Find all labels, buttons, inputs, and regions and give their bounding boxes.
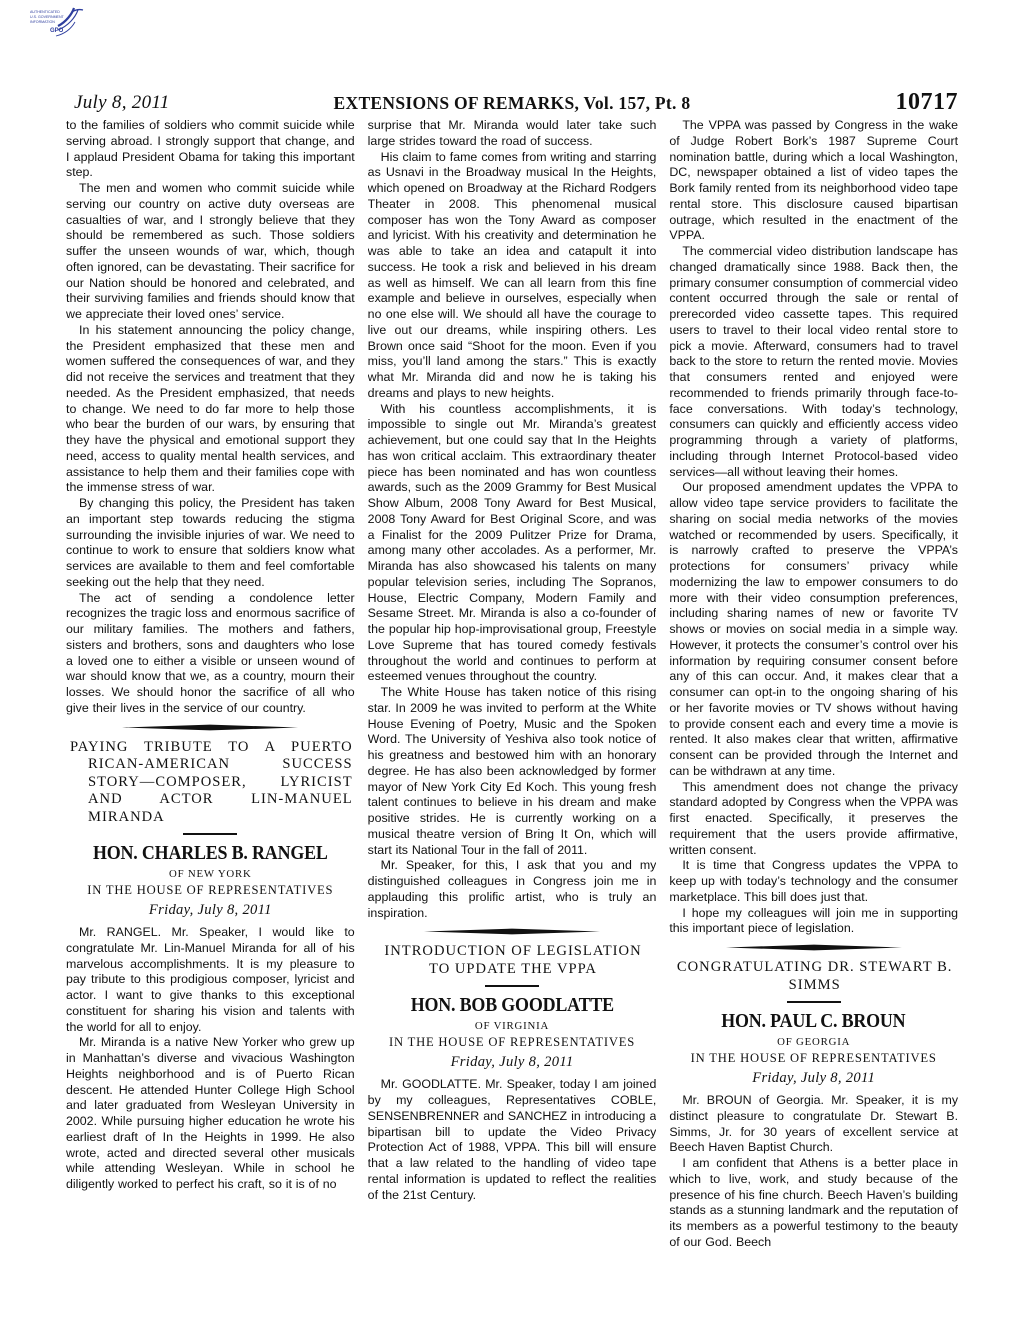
paragraph: By changing this policy, the President h…	[66, 496, 355, 591]
logo-text-information: INFORMATION	[30, 20, 55, 24]
running-head: July 8, 2011 EXTENSIONS OF REMARKS, Vol.…	[66, 86, 958, 116]
congressional-record-page: AUTHENTICATED U.S. GOVERNMENT INFORMATIO…	[0, 0, 1020, 1320]
paragraph: I hope my colleagues will join me in sup…	[669, 906, 958, 938]
paragraph: to the families of soldiers who commit s…	[66, 118, 355, 181]
section-title: PAYING TRIBUTE TO A PUERTO RICAN-AMERICA…	[70, 739, 353, 827]
speaker-name: HON. CHARLES B. RANGEL	[78, 843, 344, 865]
paragraph: Mr. Speaker, for this, I ask that you an…	[368, 858, 657, 921]
article-separator	[122, 724, 298, 731]
title-rule	[485, 985, 539, 987]
speaker-chamber: IN THE HOUSE OF REPRESENTATIVES	[66, 883, 355, 898]
paragraph: Mr. RANGEL. Mr. Speaker, I would like to…	[66, 925, 355, 1035]
column-1: to the families of soldiers who commit s…	[66, 118, 355, 1270]
paragraph: I am confident that Athens is a better p…	[669, 1156, 958, 1251]
paragraph: The White House has taken notice of this…	[368, 685, 657, 858]
speaker-state: OF NEW YORK	[66, 868, 355, 880]
article-separator	[424, 928, 600, 935]
speech-date: Friday, July 8, 2011	[66, 902, 355, 919]
paragraph: The commercial video distribution landsc…	[669, 244, 958, 480]
running-head-title: EXTENSIONS OF REMARKS, Vol. 157, Pt. 8	[66, 93, 958, 114]
title-rule	[183, 833, 237, 835]
running-head-page-number: 10717	[896, 89, 959, 116]
speaker-state: OF GEORGIA	[669, 1036, 958, 1048]
paragraph: surprise that Mr. Miranda would later ta…	[368, 118, 657, 150]
paragraph: Our proposed amendment updates the VPPA …	[669, 480, 958, 779]
paragraph: With his countless accomplishments, it i…	[368, 402, 657, 686]
paragraph: His claim to fame comes from writing and…	[368, 150, 657, 402]
speaker-state: OF VIRGINIA	[368, 1020, 657, 1032]
paragraph: It is time that Congress updates the VPP…	[669, 858, 958, 905]
paragraph: The VPPA was passed by Congress in the w…	[669, 118, 958, 244]
title-rule	[787, 1001, 841, 1003]
section-title: CONGRATULATING DR. STEWART B. SIMMS	[673, 959, 956, 994]
text-columns: to the families of soldiers who commit s…	[66, 118, 958, 1270]
speaker-chamber: IN THE HOUSE OF REPRESENTATIVES	[368, 1035, 657, 1050]
speaker-name: HON. BOB GOODLATTE	[379, 995, 645, 1017]
paragraph: This amendment does not change the priva…	[669, 780, 958, 859]
paragraph: Mr. GOODLATTE. Mr. Speaker, today I am j…	[368, 1077, 657, 1203]
speech-date: Friday, July 8, 2011	[669, 1070, 958, 1087]
article-separator	[726, 944, 902, 951]
speaker-name: HON. PAUL C. BROUN	[681, 1011, 947, 1033]
speaker-chamber: IN THE HOUSE OF REPRESENTATIVES	[669, 1051, 958, 1066]
paragraph: The act of sending a condolence letter r…	[66, 591, 355, 717]
logo-text-authenticated: AUTHENTICATED	[30, 10, 60, 14]
paragraph: Mr. BROUN of Georgia. Mr. Speaker, it is…	[669, 1093, 958, 1156]
logo-text-usgov: U.S. GOVERNMENT	[30, 15, 65, 19]
paragraph: In his statement announcing the policy c…	[66, 323, 355, 496]
column-2: surprise that Mr. Miranda would later ta…	[368, 118, 657, 1270]
section-title: INTRODUCTION OF LEGISLATION TO UPDATE TH…	[372, 943, 655, 978]
paragraph: The men and women who commit suicide whi…	[66, 181, 355, 323]
speech-date: Friday, July 8, 2011	[368, 1054, 657, 1071]
column-3: The VPPA was passed by Congress in the w…	[669, 118, 958, 1270]
paragraph: Mr. Miranda is a native New Yorker who g…	[66, 1035, 355, 1193]
gpo-authenticated-logo: AUTHENTICATED U.S. GOVERNMENT INFORMATIO…	[28, 6, 88, 48]
